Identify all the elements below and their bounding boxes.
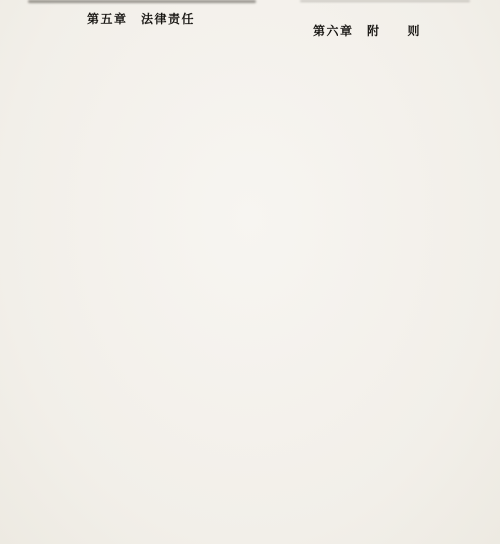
chapter-heading: 第六章 附 则: [261, 23, 473, 39]
scan-artifact-top-right: [300, 0, 470, 2]
scanned-document-page: 第五章 法律责任 第六章 附 则: [0, 0, 500, 544]
scan-artifact-top-left: [28, 0, 256, 3]
right-column: 第六章 附 则: [261, 7, 473, 55]
chapter-heading: 第五章 法律责任: [35, 11, 247, 27]
left-column: 第五章 法律责任: [35, 7, 247, 40]
